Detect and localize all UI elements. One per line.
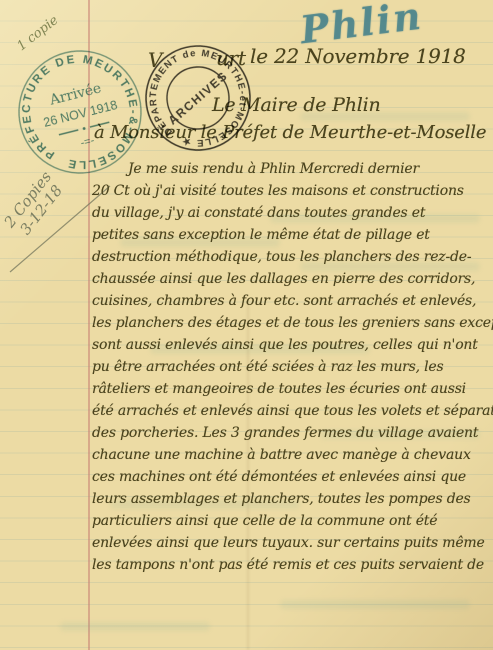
handwritten-line: râteliers et mangeoires de toutes les éc… [92,378,493,400]
handwritten-line: particuliers ainsi que celle de la commu… [92,510,493,532]
bleedthrough-smudge [60,622,210,631]
handwritten-line: petites sans exception le même état de p… [92,224,493,246]
archives-stamp: DÉPARTEMENT de MEURTHE-et-MOSELLE ★ ARCH… [130,30,266,166]
handwritten-line: chaussée ainsi que les dallages en pierr… [92,268,493,290]
dateline: le 22 Novembre 1918 [250,44,466,68]
handwritten-line: sont aussi enlevés ainsi que les poutres… [92,334,493,356]
bleedthrough-smudge [280,600,470,609]
handwritten-line: chacune une machine à battre avec manège… [92,444,493,466]
handwritten-line: cuisines, chambres à four etc. sont arra… [92,290,493,312]
handwritten-line: 20 Ct où j'ai visité toutes les maisons … [92,180,493,202]
prefecture-ornament-bottom: -=- [79,135,96,150]
handwritten-line: les planchers des étages et de tous les … [92,312,493,334]
handwritten-line: leurs assemblages et planchers, toutes l… [92,488,493,510]
handwritten-line: destruction méthodique, tous les planche… [92,246,493,268]
handwritten-line: les tampons n'ont pas été remis et ces p… [92,554,493,576]
handwritten-line: du village, j'y ai constaté dans toutes … [92,202,493,224]
handwritten-line: été arrachés et enlevés ainsi que tous l… [92,400,493,422]
letter-body: Je me suis rendu à Phlin Mercredi dernie… [92,158,493,576]
handwritten-line: enlevées ainsi que leurs tuyaux. sur cer… [92,532,493,554]
handwritten-line: pu être arrachées ont été sciées à raz l… [92,356,493,378]
handwritten-line: des porcheries. Les 3 grandes fermes du … [92,422,493,444]
letter-page: 1 copie Phlin 2 Copies 3-12-18 V urt le … [0,0,493,650]
handwritten-line: ces machines ont été démontées et enlevé… [92,466,493,488]
